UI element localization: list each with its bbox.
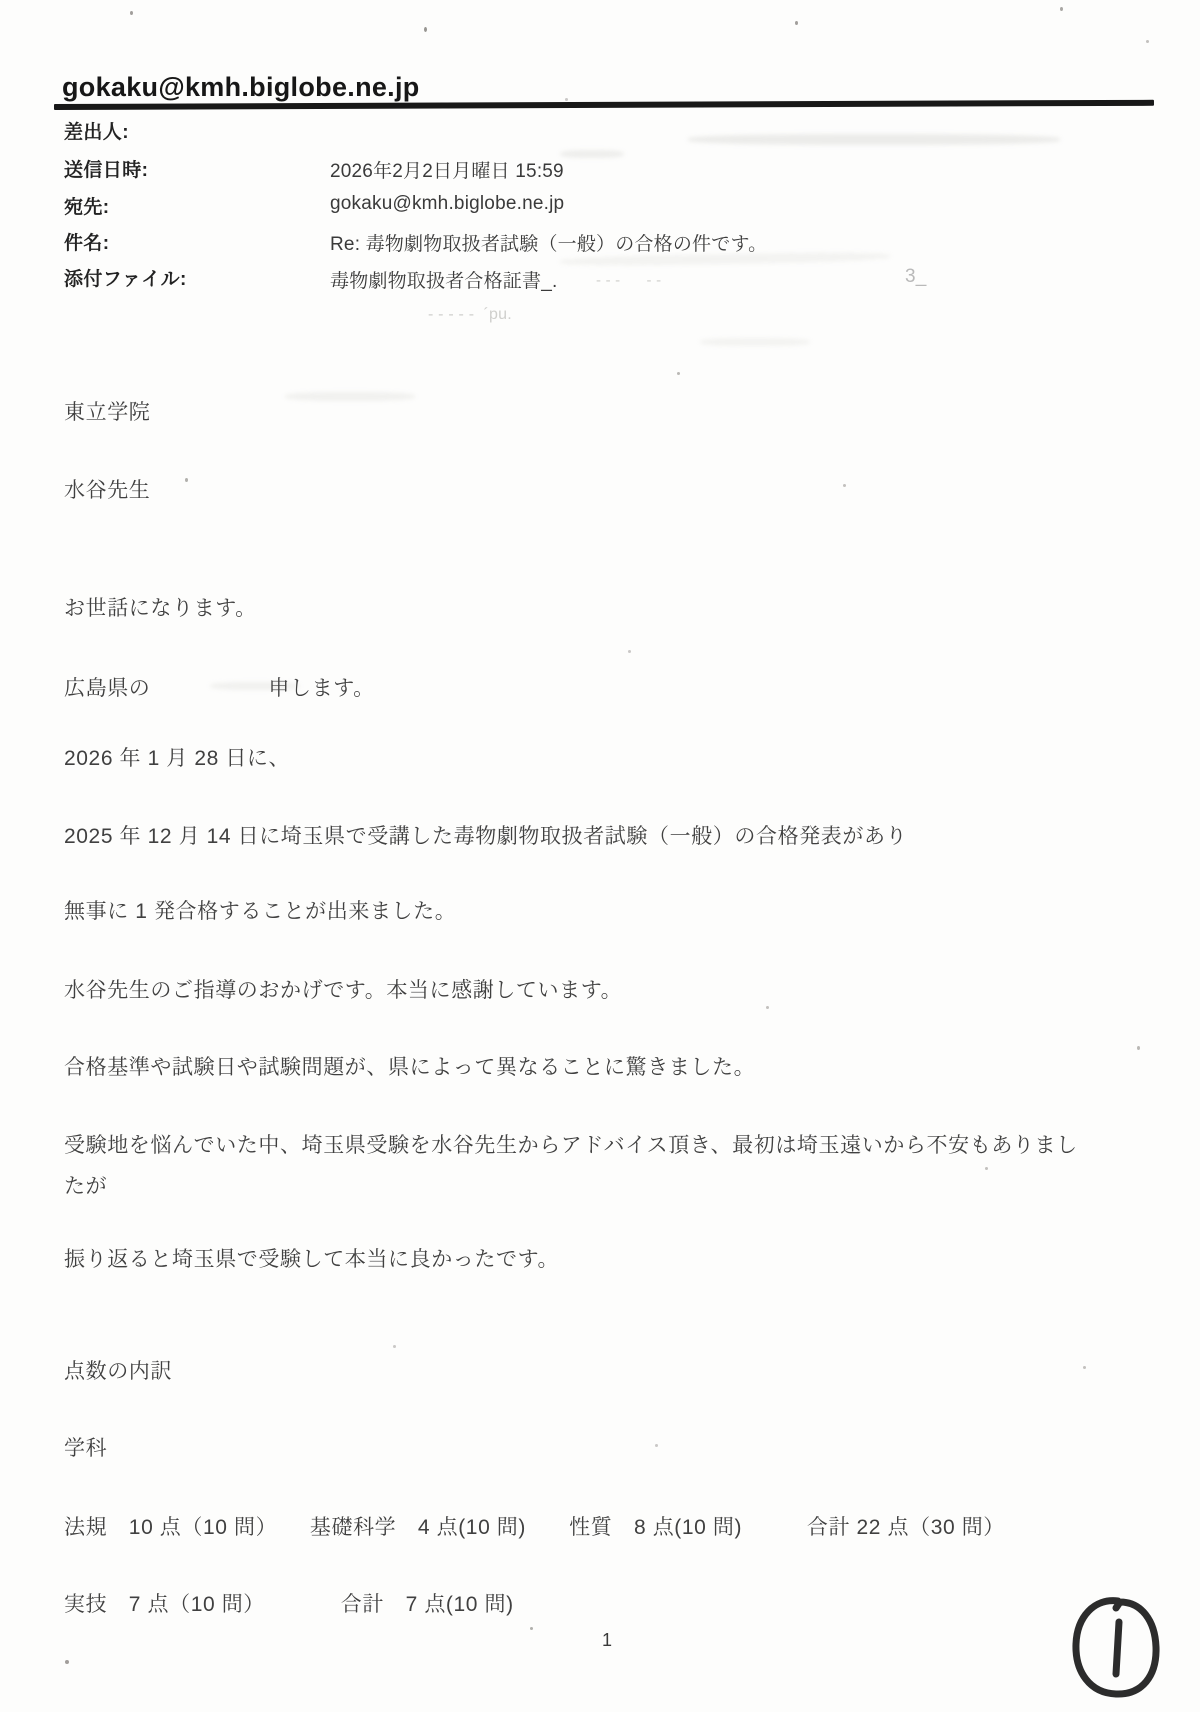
body-line-surprise: 合格基準や試験日や試験問題が、県によって異なることに驚きました。 (64, 1051, 755, 1081)
body-intro-suffix: 申します。 (268, 677, 374, 700)
scan-speck (766, 1006, 769, 1009)
scores-written-line: 法規 10 点（10 問） 基礎科学 4 点(10 問) 性質 8 点(10 問… (64, 1511, 1005, 1541)
attachment-redacted-dashes: - - - - - (596, 272, 661, 289)
scan-speck (1060, 7, 1063, 11)
body-line-advice-wrap: たが (64, 1170, 107, 1200)
subject-label: 件名: (64, 228, 110, 255)
redaction-smudge-small (560, 150, 624, 158)
attachment-redacted-tail: 3_ (905, 266, 927, 288)
page-number: 1 (602, 1630, 612, 1651)
body-line-thanks: 水谷先生のご指導のおかげです。本当に感謝しています。 (64, 974, 622, 1004)
scores-practical-line: 実技 7 点（10 問） 合計 7 点(10 問) (64, 1588, 514, 1618)
scan-speck (130, 11, 133, 15)
scan-speck (985, 1167, 988, 1170)
scan-speck (677, 372, 680, 375)
scanned-email-page: gokaku@kmh.biglobe.ne.jp 差出人: 送信日時: 2026… (0, 0, 1200, 1712)
subject-value: Re: 毒物劇物取扱者試験（一般）の合格の件です。 (330, 229, 767, 256)
scan-speck (88, 1596, 91, 1599)
to-value: gokaku@kmh.biglobe.ne.jp (330, 193, 564, 215)
body-greeting: お世話になります。 (64, 592, 257, 622)
attachment-second-line-remnant: - - - - - ´pu. (428, 306, 512, 324)
body-recipient-org: 東立学院 (64, 396, 150, 426)
scan-smudge-2 (700, 338, 810, 346)
scan-speck (424, 27, 427, 32)
body-recipient-name: 水谷先生 (64, 474, 150, 504)
scan-speck (1146, 40, 1149, 43)
body-intro-prefix: 広島県の (64, 677, 150, 700)
scan-speck (655, 1444, 658, 1447)
scores-heading: 点数の内訳 (64, 1355, 172, 1385)
body-line-pass: 無事に 1 発合格することが出来ました。 (64, 895, 456, 925)
body-line-date: 2026 年 1 月 28 日に、 (64, 742, 290, 772)
scan-speck (1137, 1046, 1140, 1050)
scan-smudge-1 (285, 392, 415, 401)
body-line-announcement: 2025 年 12 月 14 日に埼玉県で受講した毒物劇物取扱者試験（一般）の合… (64, 820, 907, 850)
scan-speck (795, 21, 798, 25)
body-line-lookback: 振り返ると埼玉県で受験して本当に良かったです。 (64, 1243, 559, 1273)
scan-speck (185, 478, 188, 482)
scores-section-label: 学科 (64, 1432, 107, 1462)
attachment-value: 毒物劇物取扱者合格証書_. (330, 266, 557, 293)
sent-date-value: 2026年2月2日月曜日 15:59 (330, 156, 564, 183)
scan-speck (628, 650, 631, 653)
to-label: 宛先: (64, 192, 110, 219)
scan-speck (393, 1345, 396, 1348)
redaction-smudge-sender (688, 134, 1060, 145)
scan-speck (65, 1660, 69, 1664)
scan-speck (565, 98, 568, 101)
scan-speck (1083, 1366, 1086, 1369)
attachment-label: 添付ファイル: (64, 264, 187, 291)
handwritten-circled-page-mark (1064, 1590, 1168, 1706)
account-email-header: gokaku@kmh.biglobe.ne.jp (62, 72, 420, 103)
sent-date-label: 送信日時: (64, 155, 148, 182)
numeral-one-stroke (1116, 1622, 1119, 1674)
scan-speck (530, 1627, 533, 1630)
body-introduction: 広島県の申します。 (64, 672, 375, 702)
scan-speck (843, 484, 846, 487)
scan-speck (97, 128, 100, 131)
body-line-advice: 受験地を悩んでいた中、埼玉県受験を水谷先生からアドバイス頂き、最初は埼玉遠いから… (64, 1129, 1078, 1159)
